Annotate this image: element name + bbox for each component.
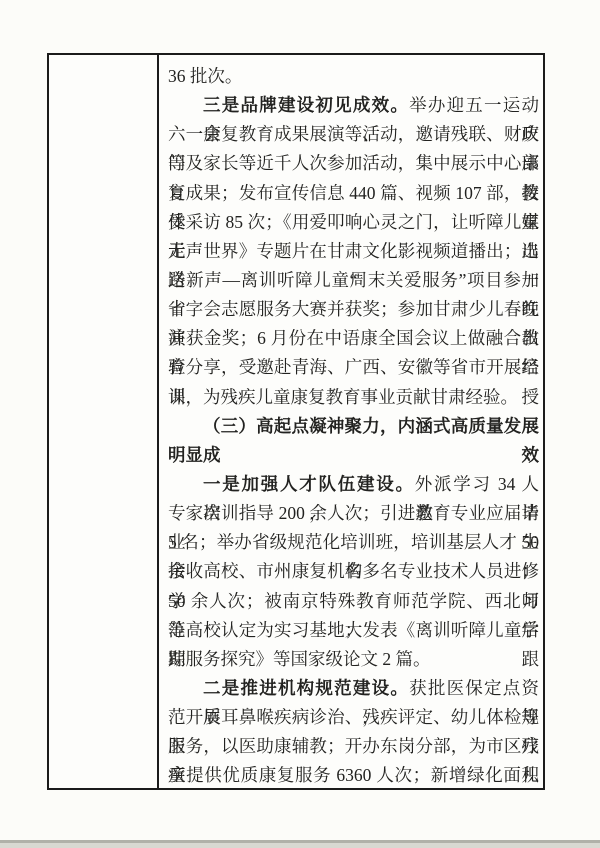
text-line: 5 名；举办省级规范化培训班，培训基层人才 50 余名； — [168, 528, 539, 557]
scan-edge-light-band — [0, 843, 600, 848]
text-lines-container: 36 批次。三是品牌建设初见成效。举办迎五一运动会、庆六一康复教育成果展演等活动… — [168, 62, 539, 788]
text-line: 36 批次。 — [168, 62, 539, 91]
text-segment: 课，为残疾儿童康复教育事业贡献甘肃经验。 — [168, 387, 518, 407]
text-line: 课，为残疾儿童康复教育事业贡献甘肃经验。 — [168, 383, 539, 412]
text-line: 等高校认定为实习基地；发表《离训听障儿童后期跟 — [168, 616, 539, 645]
text-line: 三是品牌建设初见成效。举办迎五一运动会、庆 — [168, 91, 539, 120]
emphasized-text-segment: 三是品牌建设初见成效。 — [203, 95, 409, 115]
text-line: （三）高起点凝神聚力，内涵式高质量发展成效 — [168, 412, 539, 441]
text-line: 育成果；发布宣传信息 440 篇、视频 107 部，接受媒 — [168, 179, 539, 208]
emphasized-text-segment: 一是加强人才队伍建设。 — [203, 474, 415, 494]
text-line: 六一康复教育成果展演等活动，邀请残联、财政等部 — [168, 120, 539, 149]
table-cell-left-empty — [49, 55, 159, 788]
text-line: 范开展耳鼻喉疾病诊治、残疾评定、幼儿体检等医疗 — [168, 703, 539, 732]
text-line: 体采访 85 次；《用爱叩响心灵之门，让听障儿童走出 — [168, 208, 539, 237]
text-line: 十字会志愿服务大赛并获奖；参加甘肃少儿春晚演出 — [168, 295, 539, 324]
text-line: 验分享，受邀赴青海、广西、安徽等省市开展培训授 — [168, 353, 539, 382]
emphasized-text-segment: （三）高起点凝神聚力，内涵式高质量发展成效 — [203, 416, 539, 465]
text-line: 童提供优质康复服务 6360 人次；新增绿化面积 821 ㎡， — [168, 761, 539, 788]
text-segment: 童提供优质康复服务 6360 人次；新增绿化面积 821 ㎡， — [168, 765, 539, 788]
text-line: 接收高校、市州康复机构多名专业技术人员进修学习 — [168, 557, 539, 586]
text-line: 50 余人次；被南京特殊教育师范学院、西北师范大学 — [168, 587, 539, 616]
text-segment: 36 批次。 — [168, 66, 242, 86]
text-line: 二是推进机构规范建设。获批医保定点资质，规 — [168, 674, 539, 703]
text-line: 专家培训指导 200 余人次；引进教育专业应届毕业生 — [168, 499, 539, 528]
emphasized-text-segment: 二是推进机构规范建设。 — [203, 678, 409, 698]
text-line: 无声世界》专题片在甘肃文化影视频道播出；选送“一 — [168, 237, 539, 266]
text-line: 门及家长等近千人次参加活动，集中展示中心康复教 — [168, 149, 539, 178]
emphasized-text-segment: 明显 — [168, 445, 203, 465]
text-line: 并获金奖；6 月份在中语康全国会议上做融合教育经 — [168, 324, 539, 353]
table-cell-content: 36 批次。三是品牌建设初见成效。举办迎五一运动会、庆六一康复教育成果展演等活动… — [159, 55, 543, 788]
scanned-document-page: 36 批次。三是品牌建设初见成效。举办迎五一运动会、庆六一康复教育成果展演等活动… — [0, 0, 600, 848]
text-line: 一是加强人才队伍建设。外派学习 34 人次，邀请 — [168, 470, 539, 499]
text-line: 路新声—离训听障儿童周末关爱服务”项目参加省红 — [168, 266, 539, 295]
text-segment: 踪服务探究》等国家级论文 2 篇。 — [168, 649, 431, 669]
text-line: 服务，以医助康辅教；开办东岗分部，为市区残疾儿 — [168, 732, 539, 761]
document-table: 36 批次。三是品牌建设初见成效。举办迎五一运动会、庆六一康复教育成果展演等活动… — [47, 53, 545, 790]
